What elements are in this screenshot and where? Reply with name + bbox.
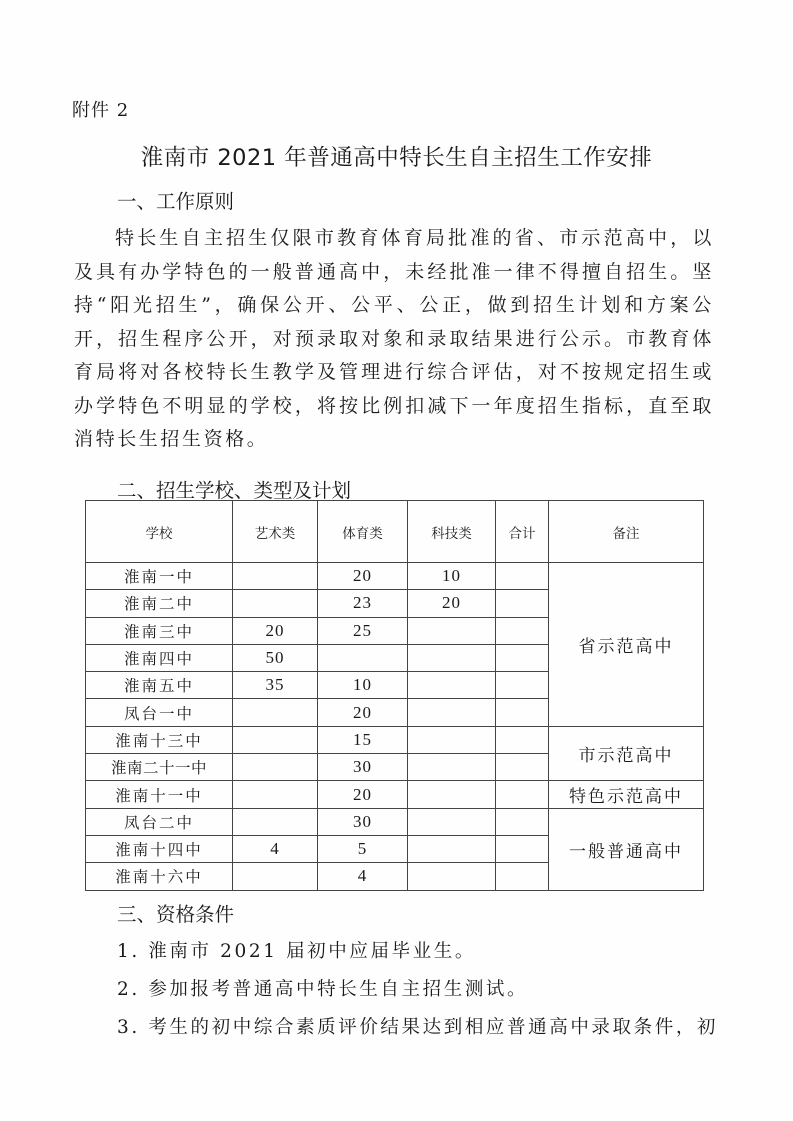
- cell-tech: [408, 699, 496, 726]
- table-row: 淮南十一中 20 特色示范高中: [86, 781, 704, 808]
- header-art: 艺术类: [233, 501, 318, 563]
- cell-school: 淮南四中: [86, 644, 233, 671]
- cell-art: 4: [233, 835, 318, 862]
- header-sports: 体育类: [318, 501, 408, 563]
- cell-school: 淮南二十一中: [86, 754, 233, 781]
- cell-art: 50: [233, 644, 318, 671]
- cell-total: [496, 563, 549, 590]
- cell-total: [496, 672, 549, 699]
- table-row: 淮南十三中 15 市示范高中: [86, 726, 704, 753]
- cell-art: [233, 781, 318, 808]
- cell-total: [496, 808, 549, 835]
- cell-tech: 10: [408, 563, 496, 590]
- cell-sports: 23: [318, 590, 408, 617]
- cell-school: 淮南五中: [86, 672, 233, 699]
- table-row: 凤台二中 30 一般普通高中: [86, 808, 704, 835]
- cell-art: [233, 863, 318, 890]
- eligibility-item-2: 2. 参加报考普通高中特长生自主招生测试。: [117, 975, 528, 1001]
- cell-art: [233, 563, 318, 590]
- section-heading-principles: 一、工作原则: [117, 186, 234, 214]
- section-heading-schools: 二、招生学校、类型及计划: [117, 475, 351, 503]
- header-notes: 备注: [549, 501, 704, 563]
- header-tech: 科技类: [408, 501, 496, 563]
- cell-total: [496, 726, 549, 753]
- header-school: 学校: [86, 501, 233, 563]
- cell-tech: [408, 835, 496, 862]
- table-header-row: 学校 艺术类 体育类 科技类 合计 备注: [86, 501, 704, 563]
- cell-sports: 20: [318, 563, 408, 590]
- cell-tech: [408, 672, 496, 699]
- cell-sports: 20: [318, 781, 408, 808]
- cell-school: 淮南二中: [86, 590, 233, 617]
- table-row: 淮南一中 20 10 省示范高中: [86, 563, 704, 590]
- cell-note-general: 一般普通高中: [549, 808, 704, 890]
- cell-sports: 15: [318, 726, 408, 753]
- cell-note-municipal: 市示范高中: [549, 726, 704, 781]
- section-heading-eligibility: 三、资格条件: [117, 899, 234, 927]
- eligibility-item-1: 1. 淮南市 2021 届初中应届毕业生。: [117, 937, 476, 963]
- attachment-label: 附件 2: [72, 96, 129, 122]
- cell-school: 淮南十三中: [86, 726, 233, 753]
- principles-paragraph: 特长生自主招生仅限市教育体育局批准的省、市示范高中，以及具有办学特色的一般普通高…: [74, 222, 714, 457]
- cell-total: [496, 835, 549, 862]
- cell-sports: 20: [318, 699, 408, 726]
- cell-tech: [408, 617, 496, 644]
- cell-sports: 25: [318, 617, 408, 644]
- cell-sports: 4: [318, 863, 408, 890]
- cell-school: 凤台二中: [86, 808, 233, 835]
- cell-school: 淮南三中: [86, 617, 233, 644]
- cell-total: [496, 863, 549, 890]
- cell-total: [496, 617, 549, 644]
- eligibility-item-3: 3. 考生的初中综合素质评价结果达到相应普通高中录取条件，初: [117, 1013, 718, 1039]
- cell-total: [496, 754, 549, 781]
- document-title: 淮南市 2021 年普通高中特长生自主招生工作安排: [0, 140, 793, 172]
- cell-art: [233, 808, 318, 835]
- cell-tech: [408, 781, 496, 808]
- cell-school: 淮南一中: [86, 563, 233, 590]
- cell-sports: 30: [318, 754, 408, 781]
- cell-sports: [318, 644, 408, 671]
- cell-sports: 30: [318, 808, 408, 835]
- cell-school: 凤台一中: [86, 699, 233, 726]
- cell-art: [233, 590, 318, 617]
- cell-tech: [408, 644, 496, 671]
- cell-tech: [408, 863, 496, 890]
- cell-school: 淮南十一中: [86, 781, 233, 808]
- cell-sports: 10: [318, 672, 408, 699]
- cell-tech: [408, 754, 496, 781]
- cell-school: 淮南十四中: [86, 835, 233, 862]
- cell-note-provincial: 省示范高中: [549, 563, 704, 727]
- cell-tech: [408, 726, 496, 753]
- cell-art: [233, 699, 318, 726]
- cell-total: [496, 590, 549, 617]
- cell-tech: 20: [408, 590, 496, 617]
- cell-total: [496, 644, 549, 671]
- cell-note-featured: 特色示范高中: [549, 781, 704, 808]
- cell-school: 淮南十六中: [86, 863, 233, 890]
- cell-art: [233, 754, 318, 781]
- enrollment-plan-table: 学校 艺术类 体育类 科技类 合计 备注 淮南一中 20 10 省示范高中 淮南…: [85, 500, 704, 891]
- cell-art: [233, 726, 318, 753]
- cell-tech: [408, 808, 496, 835]
- cell-total: [496, 699, 549, 726]
- header-total: 合计: [496, 501, 549, 563]
- cell-total: [496, 781, 549, 808]
- cell-sports: 5: [318, 835, 408, 862]
- cell-art: 35: [233, 672, 318, 699]
- cell-art: 20: [233, 617, 318, 644]
